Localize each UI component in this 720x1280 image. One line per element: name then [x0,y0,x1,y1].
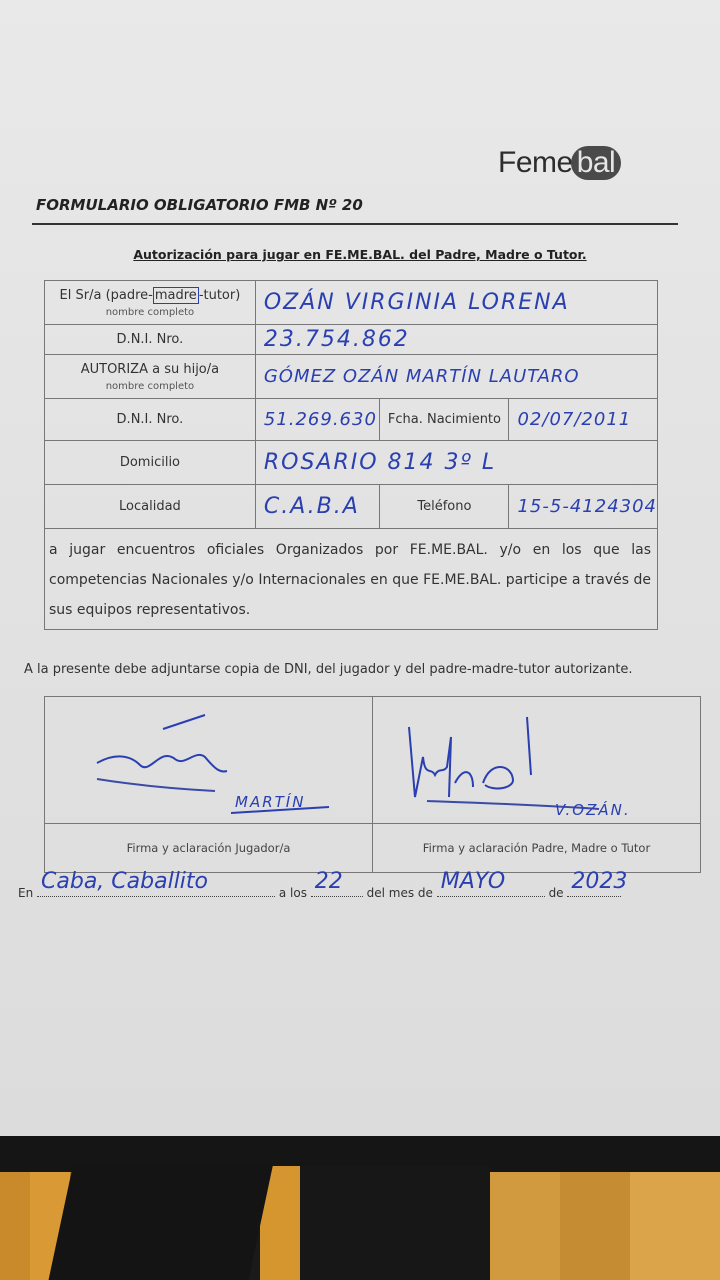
year-value: 2023 [571,869,627,894]
form-subtitle: Autorización para jugar en FE.ME.BAL. de… [0,247,720,262]
authorization-text: a jugar encuentros oficiales Organizados… [45,529,658,630]
floor-background [0,1136,720,1280]
place-value: Caba, Caballito [41,869,208,894]
shadow [300,1166,490,1280]
de-label: de [549,886,564,900]
player-signature-caption: Firma y aclaración Jugador/a [45,824,373,873]
month-field[interactable]: MAYO [437,880,545,897]
address-label: Domicilio [45,441,256,485]
guardian-label-selected: madre [153,287,199,304]
logo-text: Feme [498,146,573,179]
player-printed-name: MARTÍN [235,793,305,811]
en-label: En [18,886,33,900]
guardian-name-field[interactable]: OZÁN VIRGINIA LORENA [255,281,657,325]
title-divider [32,223,678,225]
form-title: FORMULARIO OBLIGATORIO FMB Nº 20 [36,196,363,214]
child-name-field[interactable]: GÓMEZ OZÁN MARTÍN LAUTARO [255,355,657,399]
child-sublabel: nombre completo [45,381,255,392]
player-signature-box[interactable]: MARTÍN [45,697,373,824]
phone-field[interactable]: 15-5-4124304 [509,485,658,529]
guardian-dni-label: D.N.I. Nro. [45,325,256,355]
guardian-sublabel: nombre completo [45,307,255,318]
child-label-text: AUTORIZA a su hijo/a [81,362,219,377]
guardian-label-prefix: El Sr/a (padre- [60,288,153,303]
guardian-dni-field[interactable]: 23.754.862 [255,325,657,355]
birthdate-label: Fcha. Nacimiento [380,399,509,441]
address-field[interactable]: ROSARIO 814 3º L [255,441,657,485]
place-field[interactable]: Caba, Caballito [37,880,275,897]
mes-label: del mes de [367,886,433,900]
player-signature-icon [45,697,365,817]
birthdate-field[interactable]: 02/07/2011 [509,399,658,441]
city-label: Localidad [45,485,256,529]
logo-accent: bal [571,146,622,180]
guardian-signature-caption: Firma y aclaración Padre, Madre o Tutor [373,824,701,873]
guardian-printed-name: V.OZÁN. [555,801,631,819]
phone-label: Teléfono [380,485,509,529]
a-los-label: a los [279,886,307,900]
attachment-note: A la presente debe adjuntarse copia de D… [24,662,633,677]
guardian-label-suffix: -tutor) [199,288,241,303]
form-paper: Femebal FORMULARIO OBLIGATORIO FMB Nº 20… [0,0,720,1140]
shadow [47,1166,273,1280]
authorization-table: El Sr/a (padre-madre-tutor) nombre compl… [44,280,658,630]
femebal-logo: Femebal [498,146,621,180]
signature-table: MARTÍN V.OZÁN. Firma y aclaración Jugado… [44,696,701,873]
child-dni-field[interactable]: 51.269.630 [255,399,380,441]
month-value: MAYO [441,869,505,894]
city-field[interactable]: C.A.B.A [255,485,380,529]
date-line: En Caba, Caballito a los 22 del mes de M… [18,880,708,900]
guardian-label: El Sr/a (padre-madre-tutor) nombre compl… [45,281,256,325]
child-label: AUTORIZA a su hijo/a nombre completo [45,355,256,399]
day-field[interactable]: 22 [311,880,363,897]
year-field[interactable]: 2023 [567,880,621,897]
guardian-signature-box[interactable]: V.OZÁN. [373,697,701,824]
day-value: 22 [315,869,343,894]
child-dni-label: D.N.I. Nro. [45,399,256,441]
guardian-signature-icon [373,697,693,817]
